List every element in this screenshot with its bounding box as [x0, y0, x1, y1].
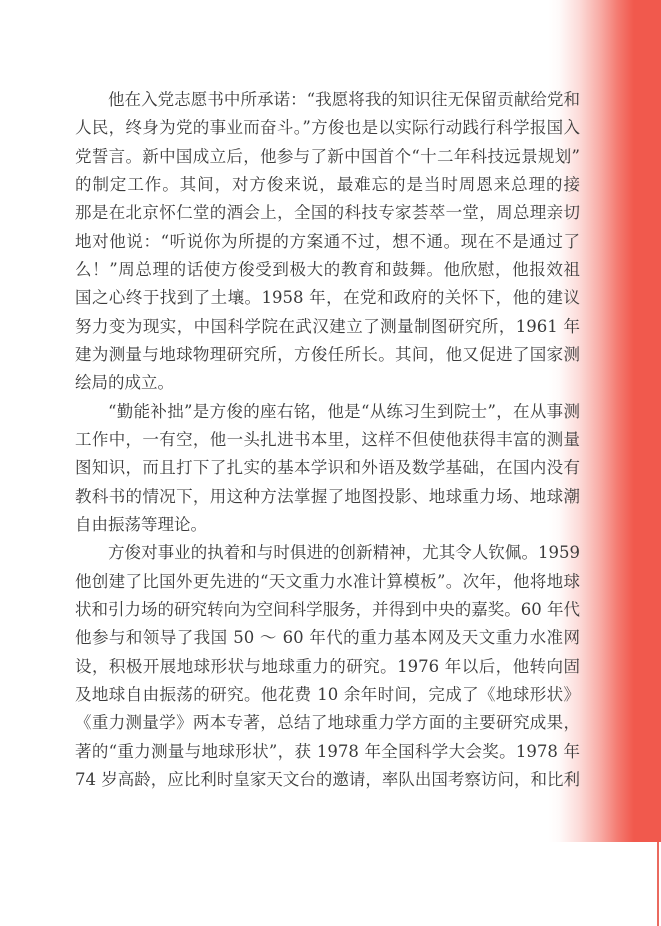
page-text: 他在入党志愿书中所承诺：“我愿将我的知识往无保留贡献给党和人民，终身为党的事业而…: [75, 86, 580, 794]
text-line: 自由振荡等理论。: [75, 511, 580, 539]
paragraph: 他在入党志愿书中所承诺：“我愿将我的知识往无保留贡献给党和人民，终身为党的事业而…: [75, 86, 580, 398]
text-line: 么！”周总理的话使方俊受到极大的教育和鼓舞。他欣慰，他报效祖: [75, 256, 580, 284]
text-line: 状和引力场的研究转向为空间科学服务，并得到中央的嘉奖。60 年代初，: [75, 596, 580, 624]
text-line: 工作中，一有空，他一头扎进书本里，这样不但使他获得丰富的测量与制: [75, 426, 580, 454]
text-line: 他参与和领导了我国 50 ～ 60 年代的重力基本网及天文重力水准网的建: [75, 624, 580, 652]
text-line: “勤能补拙”是方俊的座右铭，他是“从练习生到院士”，在从事测量: [75, 398, 580, 426]
paragraph: “勤能补拙”是方俊的座右铭，他是“从练习生到院士”，在从事测量工作中，一有空，他…: [75, 398, 580, 540]
text-line: 人民，终身为党的事业而奋斗。”方俊也是以实际行动践行科学报国入: [75, 114, 580, 142]
text-line: 他创建了比国外更先进的“天文重力水准计算模板”。次年，他将地球形: [75, 568, 580, 596]
text-line: 国之心终于找到了土壤。1958 年，在党和政府的关怀下，他的建议和: [75, 284, 580, 312]
text-line: 那是在北京怀仁堂的酒会上，全国的科技专家荟萃一堂，周总理亲切: [75, 199, 580, 227]
text-line: 《重力测量学》两本专著，总结了地球重力学方面的主要研究成果，他所: [75, 709, 580, 737]
text-line: 及地球自由振荡的研究。他花费 10 余年时间，完成了《地球形状》与: [75, 681, 580, 709]
text-line: 建为测量与地球物理研究所，方俊任所长。其间，他又促进了国家测: [75, 341, 580, 369]
text-line: 努力变为现实，中国科学院在武汉建立了测量制图研究所，1961 年扩: [75, 313, 580, 341]
page-edge-line: [657, 842, 659, 926]
book-page: 他在入党志愿书中所承诺：“我愿将我的知识往无保留贡献给党和人民，终身为党的事业而…: [0, 0, 661, 926]
text-line: 图知识，而且打下了扎实的基本学识和外语及数学基础，在国内没有现成: [75, 454, 580, 482]
text-line: 他在入党志愿书中所承诺：“我愿将我的知识往无保留贡献给党和: [75, 86, 580, 114]
text-line: 方俊对事业的执着和与时俱进的创新精神，尤其令人钦佩。1959 年，: [75, 539, 580, 567]
text-line: 著的“重力测量与地球形状”，获 1978 年全国科学大会奖。1978 年他以: [75, 738, 580, 766]
text-line: 74 岁高龄，应比利时皇家天文台的邀请，率队出国考察访问，和比利时: [75, 766, 580, 794]
text-line: 党誓言。新中国成立后，他参与了新中国首个“十二年科技远景规划”: [75, 143, 580, 171]
text-line: 设，积极开展地球形状与地球重力的研究。1976 年以后，他转向固体潮: [75, 653, 580, 681]
paragraph: 方俊对事业的执着和与时俱进的创新精神，尤其令人钦佩。1959 年，他创建了比国外…: [75, 539, 580, 794]
text-line: 绘局的成立。: [75, 369, 580, 397]
text-line: 的制定工作。其间，对方俊来说，最难忘的是当时周恩来总理的接见，: [75, 171, 580, 199]
text-line: 地对他说：“听说你为所提的方案通不过，想不通。现在不是通过了: [75, 228, 580, 256]
text-line: 教科书的情况下，用这种方法掌握了地图投影、地球重力场、地球潮汐和: [75, 483, 580, 511]
